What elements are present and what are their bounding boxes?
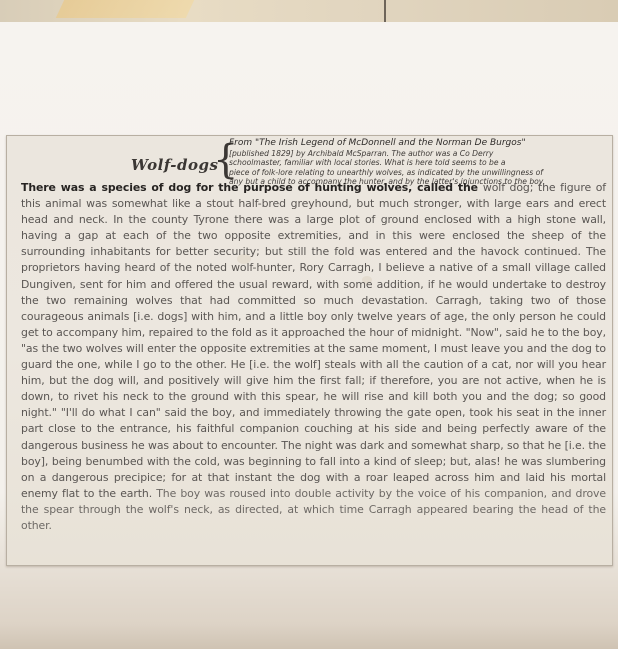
source-note-line: From "The Irish Legend of McDonnell and … xyxy=(229,139,609,149)
album-page: Wolf-dogs { From "The Irish Legend of Mc… xyxy=(0,22,618,649)
folded-paper-corner xyxy=(56,0,194,18)
source-note-line: schoolmaster, familiar with local storie… xyxy=(229,158,609,168)
source-note-line: piece of folk-lore relating to unearthly… xyxy=(229,168,609,178)
page-seam xyxy=(384,0,386,22)
story-body: There was a species of dog for the purpo… xyxy=(21,180,606,534)
source-note-line: [published 1829] by Archibald McSparran.… xyxy=(229,149,609,159)
album-top-strip xyxy=(0,0,618,23)
document-title: Wolf-dogs xyxy=(131,156,218,174)
story-segment: There was a species of dog for the purpo… xyxy=(21,181,483,194)
handwritten-letter: Wolf-dogs { From "The Irish Legend of Mc… xyxy=(6,135,613,566)
